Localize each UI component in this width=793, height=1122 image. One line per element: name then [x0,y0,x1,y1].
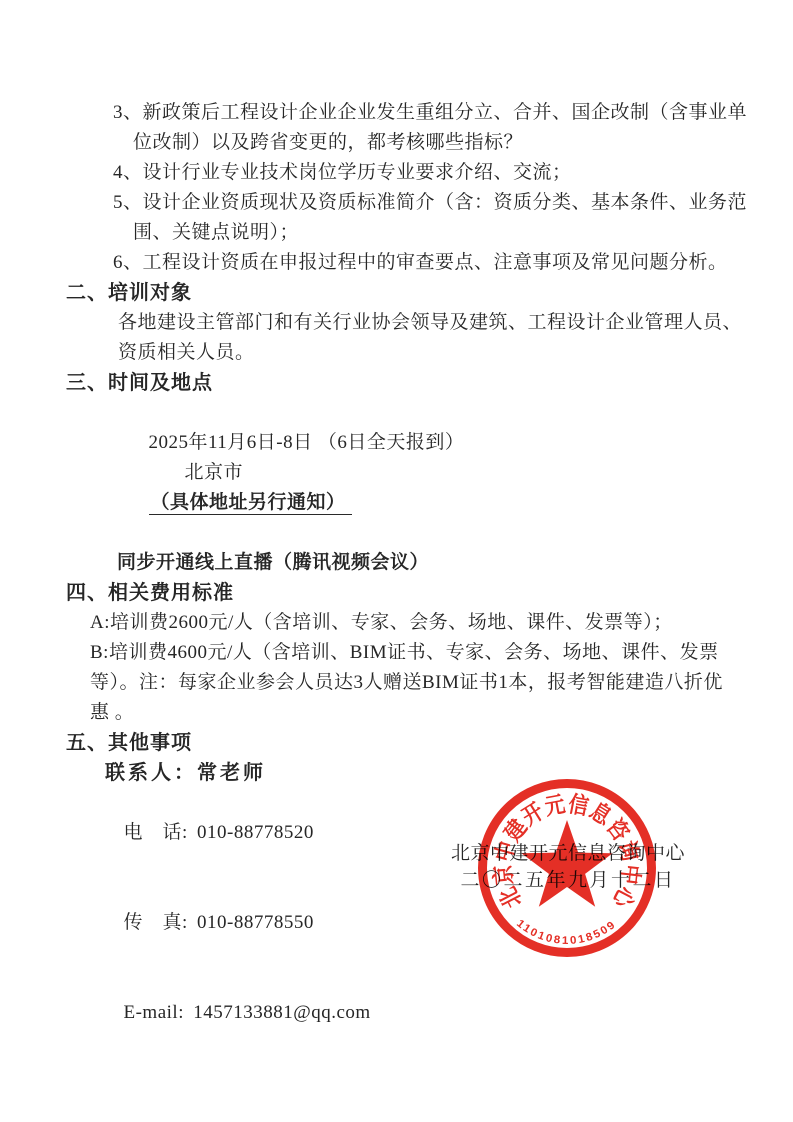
fee-option-b-line-2: 等）。注：每家企业参会人员达3人赠送BIM证书1本，报考智能建造八折优 [90,668,793,698]
email-line: E-mail: 1457133881@qq.com [92,968,793,1058]
contact-person: 联系人：常老师 [105,758,793,788]
section-heading-training-target: 二、培训对象 [66,278,793,308]
official-seal: 北京中建开元信息咨询中心 1101081018509 [472,773,662,963]
venue-note: （具体地址另行通知） [149,492,352,515]
section-heading-time-place: 三、时间及地点 [66,368,793,398]
training-target-line-2: 资质相关人员。 [118,338,793,368]
training-target-line-1: 各地建设主管部门和有关行业协会领导及建筑、工程设计企业管理人员、 [118,308,793,338]
agenda-item-5-line-1: 5、设计企业资质现状及资质标准简介（含：资质分类、基本条件、业务范 [113,188,793,218]
section-heading-fees: 四、相关费用标准 [66,578,793,608]
section-heading-other: 五、其他事项 [66,728,793,758]
phone-number: 010-88778520 [197,822,314,843]
agenda-item-3-line-2: 位改制）以及跨省变更的，都考核哪些指标？ [133,128,793,158]
time-place-line: 2025年11月6日-8日 （6日全天报到） 北京市 （具体地址另行通知） [117,398,793,548]
fax-label: 传 真: [124,912,194,933]
agenda-item-5-line-2: 围、关键点说明）； [133,218,793,248]
fee-option-b-line-1: B:培训费4600元/人（含培训、BIM证书、专家、会务、场地、课件、发票 [90,638,793,668]
document-page: 3、新政策后工程设计企业企业发生重组分立、合并、国企改制（含事业单 位改制）以及… [0,0,793,1122]
live-stream-line: 同步开通线上直播（腾讯视频会议） [117,548,793,578]
seal-star-icon [521,820,612,907]
agenda-item-3-line-1: 3、新政策后工程设计企业企业发生重组分立、合并、国企改制（含事业单 [113,98,793,128]
agenda-item-6: 6、工程设计资质在申报过程中的审查要点、注意事项及常见问题分析。 [113,248,793,278]
fee-option-b-line-3: 惠 。 [90,698,793,728]
document-content: 3、新政策后工程设计企业企业发生重组分立、合并、国企改制（含事业单 位改制）以及… [0,98,793,1058]
email-label: E-mail: [124,1002,190,1023]
fax-number: 010-88778550 [197,912,314,933]
training-date: 2025年11月6日-8日 （6日全天报到） [149,432,465,453]
fee-option-a: A:培训费2600元/人（含培训、专家、会务、场地、课件、发票等）； [90,608,793,638]
email-address: 1457133881@qq.com [193,1002,370,1023]
training-city: 北京市 [185,462,244,483]
agenda-item-4: 4、设计行业专业技术岗位学历专业要求介绍、交流； [113,158,793,188]
phone-label: 电 话: [124,822,194,843]
